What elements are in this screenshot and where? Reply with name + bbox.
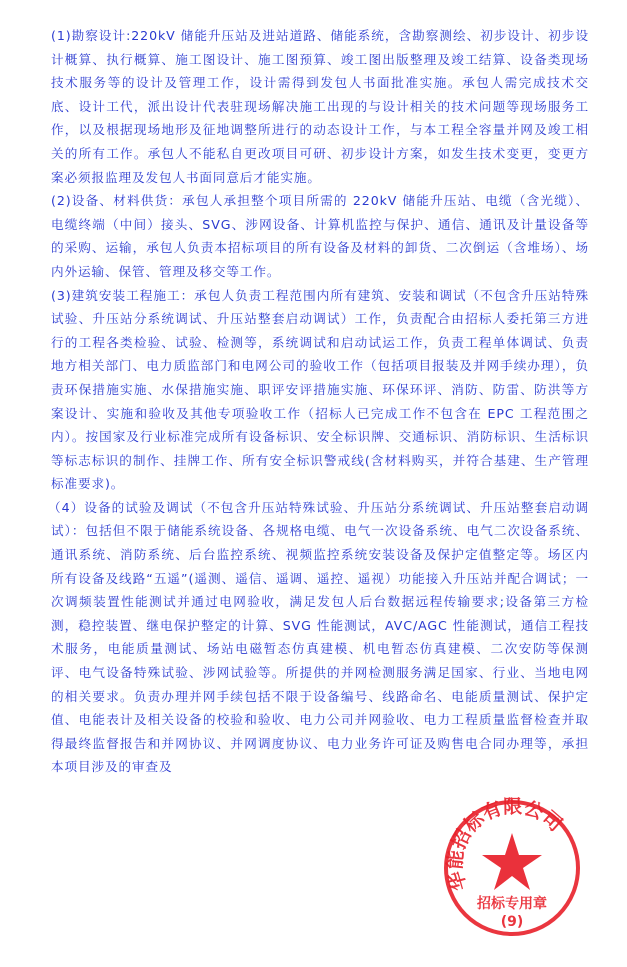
seal-company-text: 华能招标有限公司	[443, 796, 566, 893]
seal-center-text: 招标专用章	[476, 895, 547, 912]
seal-icon: 华能招标有限公司 招标专用章 (9)	[437, 793, 587, 943]
svg-text:华能招标有限公司: 华能招标有限公司	[443, 796, 566, 893]
paragraph-testing-commissioning: （4）设备的试验及调试（不包含升压站特殊试验、升压站分系统调试、升压站整套启动调…	[51, 496, 589, 779]
paragraph-survey-design: (1)勘察设计:220kV 储能升压站及进站道路、储能系统，含勘察测绘、初步设计…	[51, 24, 589, 189]
document-body: (1)勘察设计:220kV 储能升压站及进站道路、储能系统，含勘察测绘、初步设计…	[51, 24, 589, 779]
company-seal-stamp: 华能招标有限公司 招标专用章 (9)	[437, 793, 587, 943]
paragraph-equipment-supply: (2)设备、材料供货：承包人承担整个项目所需的 220kV 储能升压站、电缆（含…	[51, 189, 589, 283]
paragraph-construction-installation: (3)建筑安装工程施工：承包人负责工程范围内所有建筑、安装和调试（不包含升压站特…	[51, 284, 589, 496]
seal-star-icon	[482, 833, 542, 890]
seal-number-text: (9)	[501, 914, 524, 930]
